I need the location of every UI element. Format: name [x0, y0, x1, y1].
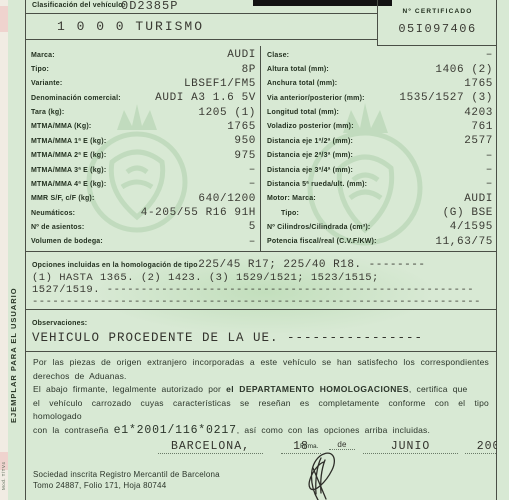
- field-value: 640/1200: [198, 193, 256, 205]
- options-line: 1527/1519. -----------------------------…: [32, 284, 493, 296]
- field-row: Tipo:8P: [31, 62, 256, 76]
- field-row: Denominación comercial:AUDI A3 1.6 5V: [31, 91, 256, 105]
- options-label: Opciones incluidas en la homologación de…: [32, 262, 198, 269]
- vehicle-class-code-box: 1 0 0 0 TURISMO: [25, 13, 377, 40]
- field-label: Volumen de bodega:: [31, 238, 103, 245]
- options-typed-value: 225/45 R17; 225/40 R18. --------: [198, 259, 425, 271]
- field-value: 5: [249, 221, 256, 233]
- spec-table: Marca:AUDI Tipo:8P Variante:LBSEF1/FM5 D…: [25, 46, 497, 252]
- field-row: MTMA/MMA 1ª E (kg):950: [31, 134, 256, 148]
- options-line: (1) HASTA 1365. (2) 1423. (3) 1529/1521;…: [32, 272, 493, 284]
- field-value: 11,63/75: [435, 236, 493, 248]
- conformity-paragraph: el vehículo carrozado cuyas característi…: [33, 397, 489, 424]
- field-value: 1765: [227, 121, 256, 133]
- approval-prefix: con la contraseña: [33, 425, 114, 435]
- field-row: Altura total (mm):1406 (2): [267, 62, 493, 76]
- field-label: Motor: Marca:: [267, 195, 316, 202]
- scan-artifact: [0, 6, 8, 32]
- city-value: BARCELONA,: [158, 440, 263, 454]
- redaction-bar: [253, 0, 392, 6]
- field-label: Potencia fiscal/real (C.V.F/KW):: [267, 238, 377, 245]
- field-value: 950: [234, 135, 256, 147]
- options-line: ----------------------------------------…: [32, 296, 493, 308]
- field-row: MMR S/F, c/F (kg):640/1200: [31, 192, 256, 206]
- field-row: Tara (kg):1205 (1): [31, 105, 256, 119]
- registry-line1: Sociedad inscrita Registro Mercantil de …: [33, 469, 220, 480]
- field-value: AUDI: [464, 193, 493, 205]
- field-value: –: [486, 49, 493, 61]
- field-value: 8P: [242, 64, 256, 76]
- approval-suffix: , así como con las opciones arriba inclu…: [237, 425, 430, 435]
- field-row: Marca:AUDI: [31, 48, 256, 62]
- field-row: Neumáticos:4-205/55 R16 91H: [31, 206, 256, 220]
- field-row: Variante:LBSEF1/FM5: [31, 77, 256, 91]
- clasificacion-value: 0D2385P: [121, 0, 178, 13]
- field-row: Longitud total (mm):4203: [267, 105, 493, 119]
- field-label: Tipo:: [281, 210, 299, 217]
- field-row: Distancia eje 3ª/4ª (mm):–: [267, 163, 493, 177]
- field-label: Neumáticos:: [31, 210, 75, 217]
- field-value: –: [486, 164, 493, 176]
- field-row: MTMA/MMA 3ª E (kg):–: [31, 163, 256, 177]
- field-label: MMR S/F, c/F (kg):: [31, 195, 95, 202]
- field-row: Potencia fiscal/real (C.V.F/KW):11,63/75: [267, 235, 493, 249]
- field-row: Nº Cilindros/Cilindrada (cm³):4/1595: [267, 220, 493, 234]
- options-section: Opciones incluidas en la homologación de…: [25, 252, 497, 310]
- field-label: Distancia eje 1ª/2ª (mm):: [267, 138, 353, 145]
- field-row: Distancia eje 1ª/2ª (mm):2577: [267, 134, 493, 148]
- field-value: 4203: [464, 107, 493, 119]
- field-label: Marca:: [31, 52, 55, 59]
- field-label: MTMA/MMA (Kg):: [31, 123, 91, 130]
- field-label: Tipo:: [31, 66, 49, 73]
- certificate-number-value: 05I097406: [378, 22, 497, 36]
- field-label: Altura total (mm):: [267, 66, 329, 73]
- field-row: Tipo:(G) BSE: [267, 206, 493, 220]
- date-line: BARCELONA, 18 de JUNIO 2005: [33, 440, 489, 455]
- field-value: 761: [471, 121, 493, 133]
- field-value: 4-205/55 R16 91H: [141, 207, 256, 219]
- field-value: 1205 (1): [198, 107, 256, 119]
- field-value: 1406 (2): [435, 64, 493, 76]
- scan-edge: [0, 0, 8, 500]
- field-label: Longitud total (mm):: [267, 109, 339, 116]
- vehicle-class-code: 1 0 0 0 TURISMO: [57, 19, 204, 34]
- field-row: Clase:–: [267, 48, 493, 62]
- field-row: Motor: Marca:AUDI: [267, 192, 493, 206]
- field-value: –: [249, 236, 256, 248]
- signer-suffix: , certifica que: [409, 384, 468, 394]
- registry-footer: Sociedad inscrita Registro Mercantil de …: [33, 469, 220, 491]
- field-label: MTMA/MMA 4ª E (kg):: [31, 181, 106, 188]
- vehicle-certificate-document: EJEMPLAR PARA EL USUARIO Mod. T/TV4 Clas…: [0, 0, 509, 500]
- mod-vertical-label: Mod. T/TV4: [1, 430, 10, 490]
- signer-paragraph: El abajo firmante, legalmente autorizado…: [33, 383, 489, 397]
- field-row: MTMA/MMA (Kg):1765: [31, 120, 256, 134]
- field-row: Nº de asientos:5: [31, 220, 256, 234]
- field-label: Distancia 5ª rueda/ult. (mm):: [267, 181, 367, 188]
- field-value: –: [249, 178, 256, 190]
- field-label: Tara (kg):: [31, 109, 64, 116]
- field-value: 975: [234, 150, 256, 162]
- observations-value: VEHICULO PROCEDENTE DE LA UE. ----------…: [32, 331, 493, 345]
- field-row: MTMA/MMA 4ª E (kg):–: [31, 177, 256, 191]
- certificate-number-box: Nº CERTIFICADO 05I097406: [377, 0, 497, 46]
- certificate-number-label: Nº CERTIFICADO: [378, 8, 497, 15]
- field-value: –: [249, 164, 256, 176]
- field-row: Via anterior/posterior (mm):1535/1527 (3…: [267, 91, 493, 105]
- signer-prefix: El abajo firmante, legalmente autorizado…: [33, 384, 226, 394]
- month-value: JUNIO: [363, 440, 458, 454]
- field-row: MTMA/MMA 2ª E (kg):975: [31, 149, 256, 163]
- field-label: MTMA/MMA 3ª E (kg):: [31, 167, 106, 174]
- spec-column-right: Clase:– Altura total (mm):1406 (2) Anchu…: [260, 46, 497, 251]
- field-value: 2577: [464, 135, 493, 147]
- ejemplar-vertical-label: EJEMPLAR PARA EL USUARIO: [9, 240, 24, 470]
- field-label: Anchura total (mm):: [267, 80, 337, 87]
- field-label: Variante:: [31, 80, 62, 87]
- field-value: 1535/1527 (3): [399, 92, 493, 104]
- field-label: Distancia eje 3ª/4ª (mm):: [267, 167, 353, 174]
- field-value: (G) BSE: [443, 207, 493, 219]
- clasificacion-label: Clasificación del vehículo:: [32, 2, 125, 9]
- signature-scribble: [280, 448, 350, 500]
- approval-code-paragraph: con la contraseña e1*2001/116*0217, así …: [33, 424, 489, 438]
- field-label: MTMA/MMA 1ª E (kg):: [31, 138, 106, 145]
- field-row: Voladizo posterior (mm):761: [267, 120, 493, 134]
- field-row: Volumen de bodega:–: [31, 235, 256, 249]
- field-label: Clase:: [267, 52, 289, 59]
- observations-section: Observaciones: VEHICULO PROCEDENTE DE LA…: [25, 310, 497, 352]
- field-value: AUDI A3 1.6 5V: [155, 92, 256, 104]
- field-row: Anchura total (mm):1765: [267, 77, 493, 91]
- field-row: Distancia eje 2ª/3ª (mm):–: [267, 149, 493, 163]
- field-label: Nº de asientos:: [31, 224, 84, 231]
- field-value: LBSEF1/FM5: [184, 78, 256, 90]
- approval-code: e1*2001/116*0217: [114, 424, 237, 437]
- field-row: Distancia 5ª rueda/ult. (mm):–: [267, 177, 493, 191]
- year-value: 2005: [465, 440, 497, 454]
- field-value: –: [486, 178, 493, 190]
- field-value: 1765: [464, 78, 493, 90]
- field-label: Denominación comercial:: [31, 95, 121, 102]
- field-value: AUDI: [227, 49, 256, 61]
- field-value: –: [486, 150, 493, 162]
- spec-column-left: Marca:AUDI Tipo:8P Variante:LBSEF1/FM5 D…: [25, 46, 260, 251]
- field-label: Via anterior/posterior (mm):: [267, 95, 365, 102]
- field-label: Distancia eje 2ª/3ª (mm):: [267, 152, 353, 159]
- department-name: el DEPARTAMENTO HOMOLOGACIONES: [226, 384, 409, 394]
- registry-line2: Tomo 24887, Folio 171, Hoja 80744: [33, 480, 220, 491]
- field-value: 4/1595: [450, 221, 493, 233]
- observations-label: Observaciones:: [32, 320, 87, 327]
- field-label: Nº Cilindros/Cilindrada (cm³):: [267, 224, 370, 231]
- field-label: MTMA/MMA 2ª E (kg):: [31, 152, 106, 159]
- customs-paragraph: Por las piezas de origen extranjero inco…: [33, 356, 489, 383]
- field-label: Voladizo posterior (mm):: [267, 123, 354, 130]
